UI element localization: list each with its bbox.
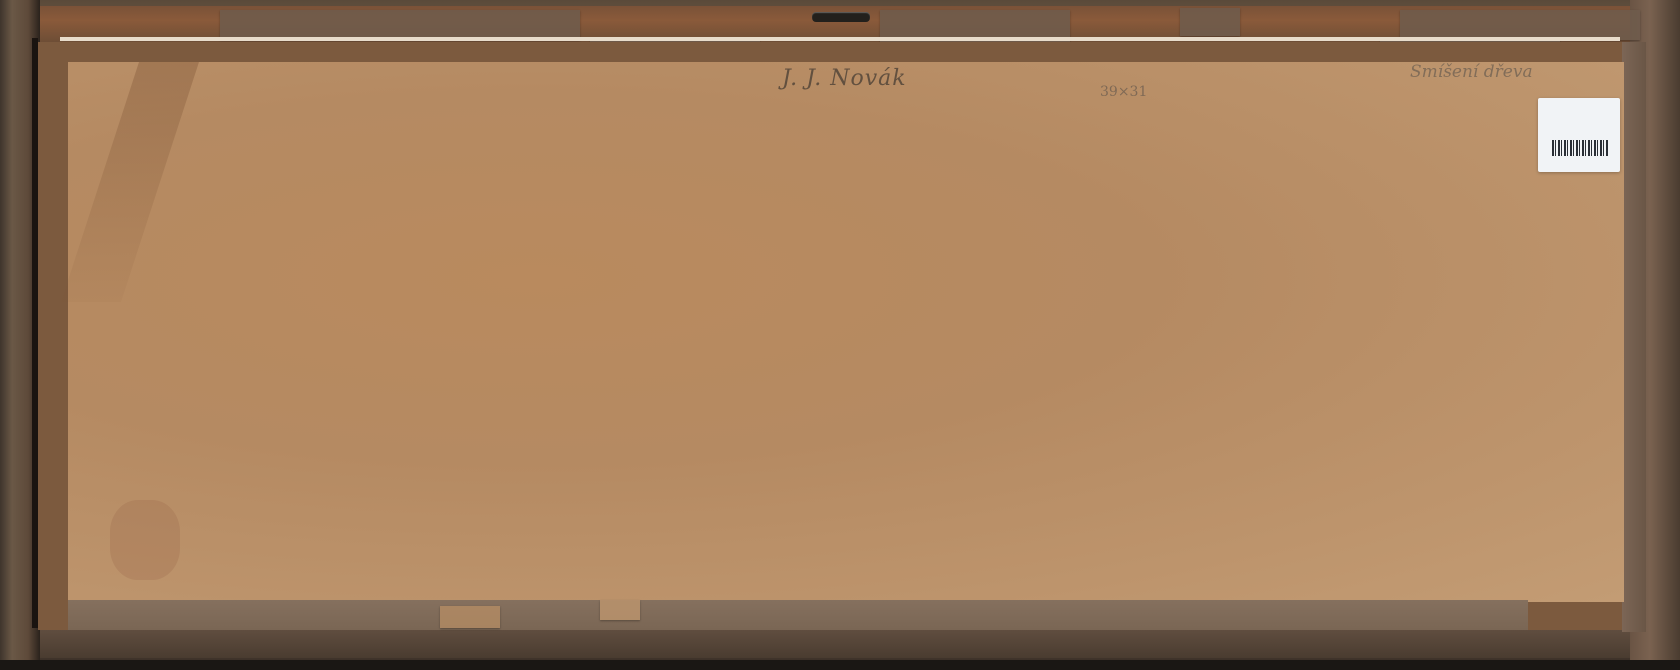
signature-inscription: J. J. Novák <box>782 66 907 91</box>
bottom-edge-shadow <box>0 660 1680 670</box>
framed-painting-back-photo: J. J. Novák 39×31 Smíšení dřeva <box>0 0 1680 670</box>
catalog-label <box>1538 98 1620 172</box>
frame-gap-shadow <box>32 38 38 628</box>
white-strip <box>60 37 1620 41</box>
water-stain <box>110 500 180 580</box>
tape-strip <box>440 606 500 628</box>
tape-strip <box>220 10 580 40</box>
tape-strip <box>1180 8 1240 36</box>
bottom-tape-band <box>68 600 1528 630</box>
tape-strip <box>600 600 640 620</box>
title-inscription: Smíšení dřeva <box>1410 62 1533 82</box>
dimensions-inscription: 39×31 <box>1100 84 1147 100</box>
barcode-icon <box>1552 140 1608 156</box>
right-tape-band <box>1622 42 1646 632</box>
tape-strip <box>1400 10 1640 40</box>
cardboard-backing <box>68 62 1624 602</box>
hanger-hook <box>812 12 870 22</box>
